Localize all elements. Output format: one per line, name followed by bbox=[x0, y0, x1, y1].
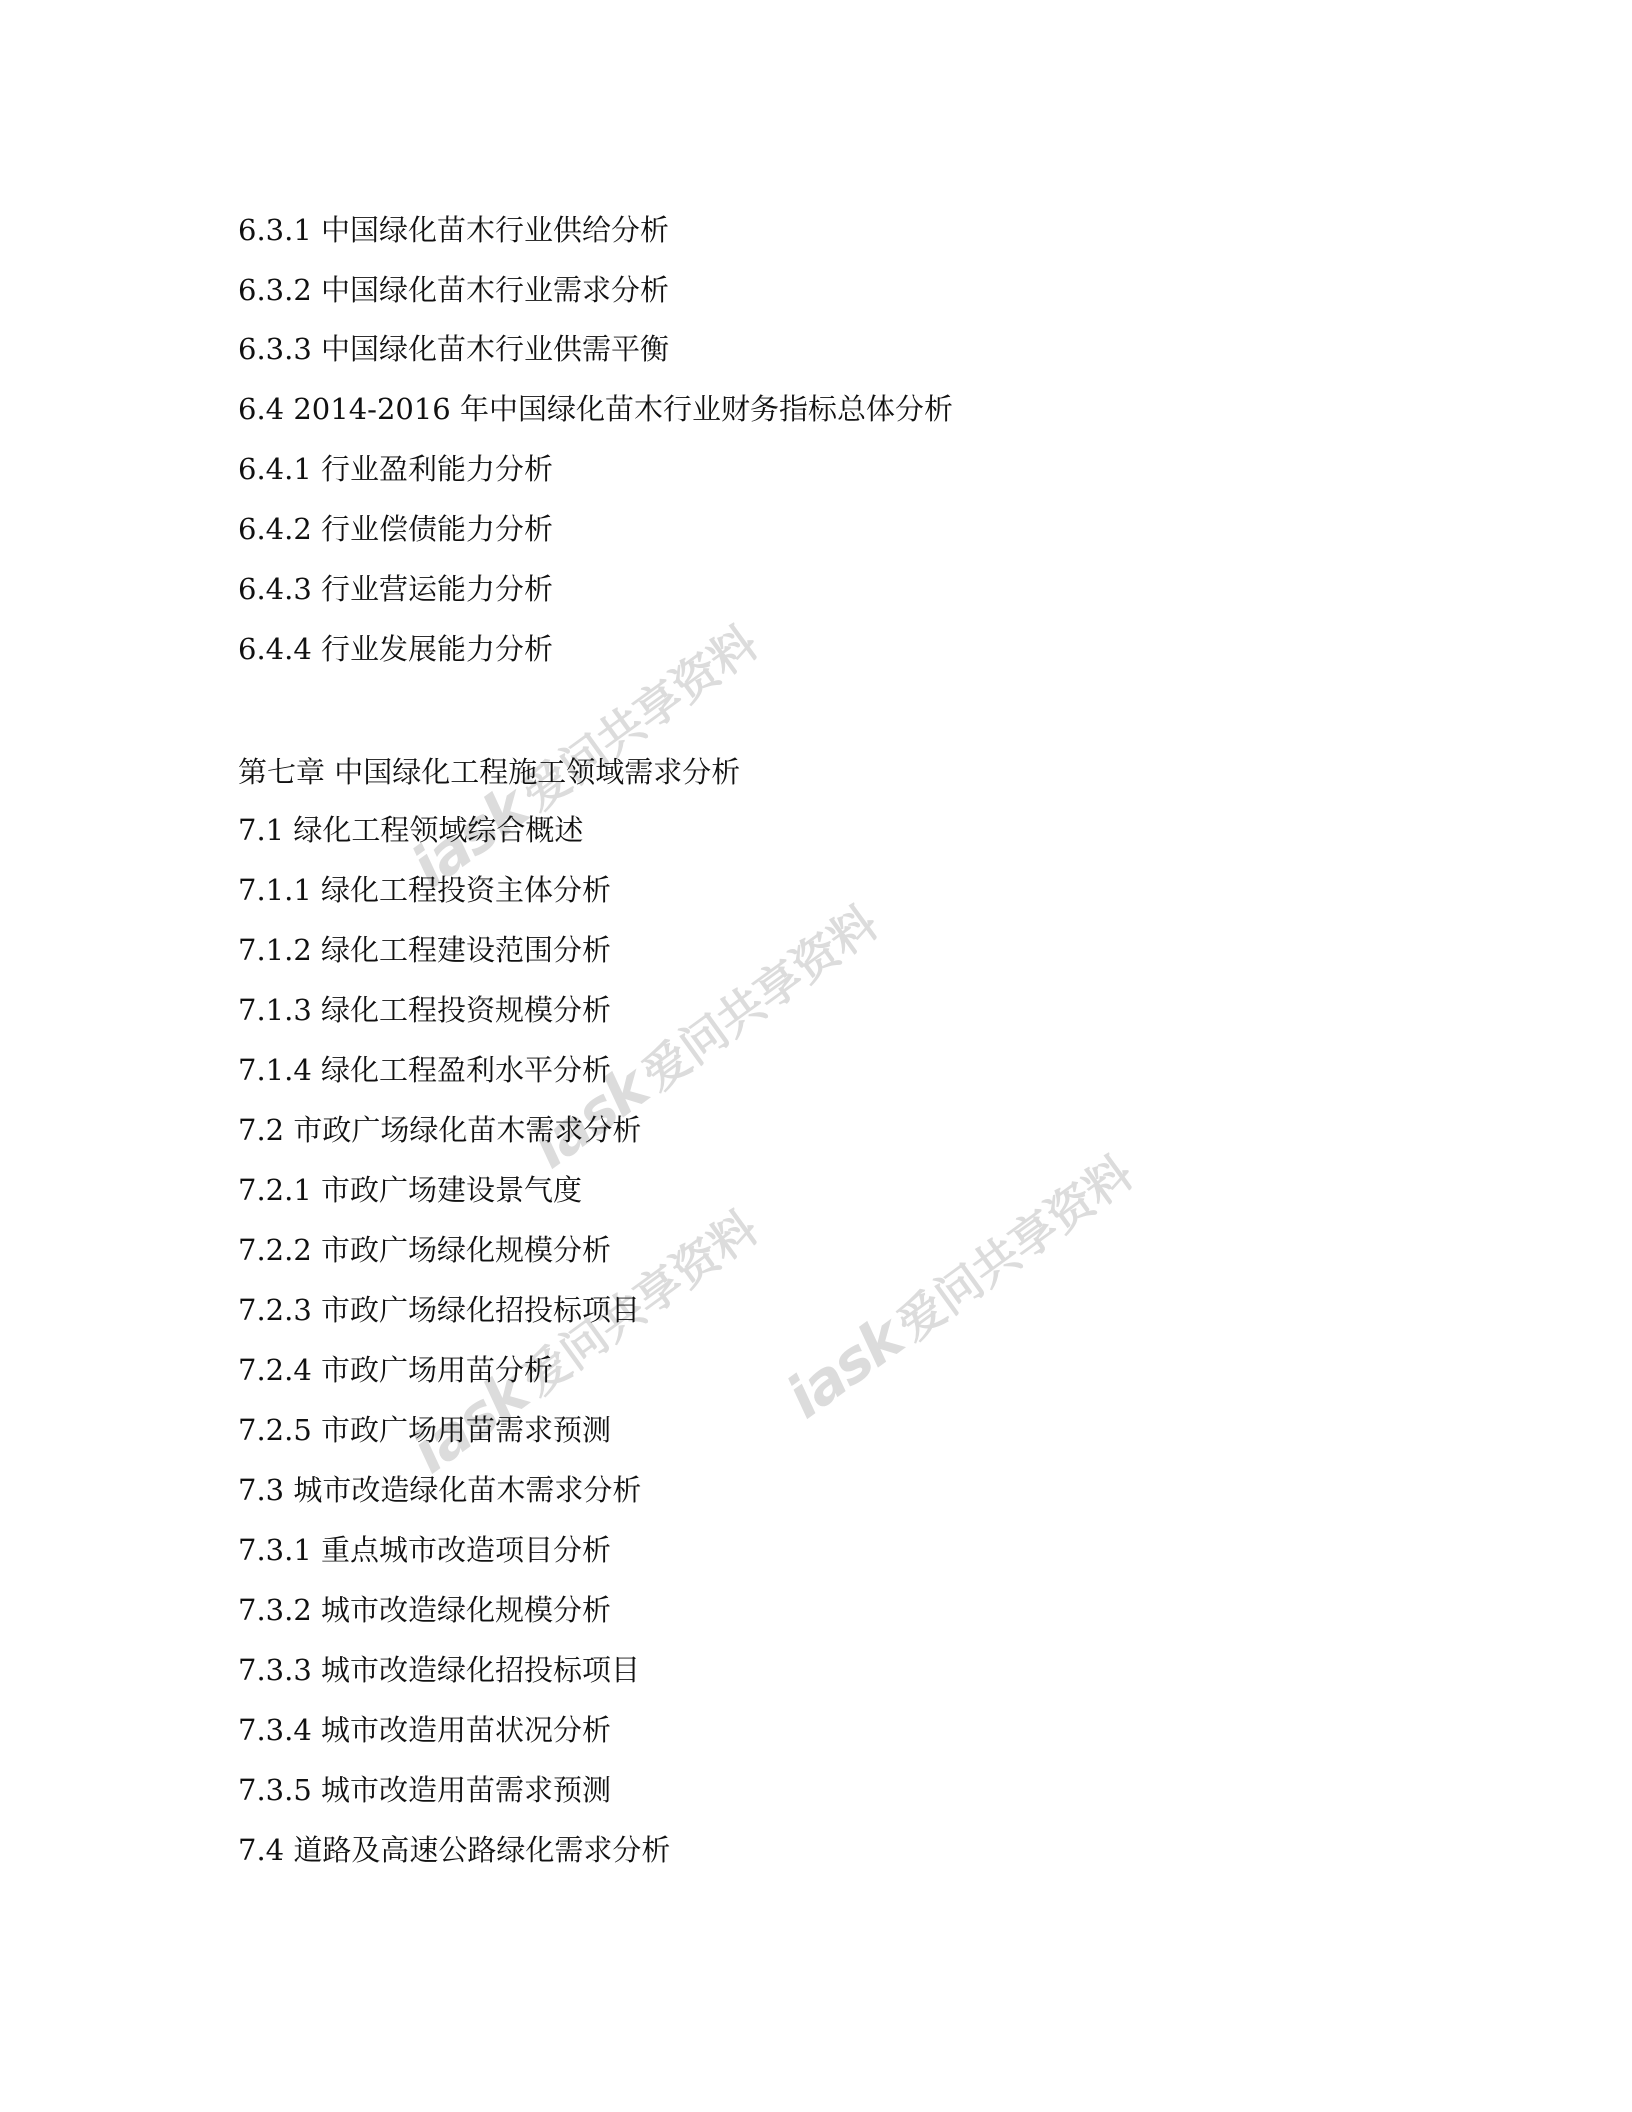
toc-entry: 7.2 市政广场绿化苗木需求分析 bbox=[238, 1112, 641, 1148]
toc-entry: 6.3.2 中国绿化苗木行业需求分析 bbox=[238, 272, 669, 308]
chapter-heading: 第七章 中国绿化工程施工领域需求分析 bbox=[238, 754, 740, 790]
toc-entry: 7.2.1 市政广场建设景气度 bbox=[238, 1172, 582, 1208]
toc-entry: 7.3.2 城市改造绿化规模分析 bbox=[238, 1592, 611, 1628]
toc-entry: 7.3.4 城市改造用苗状况分析 bbox=[238, 1712, 611, 1748]
toc-entry: 7.2.2 市政广场绿化规模分析 bbox=[238, 1232, 611, 1268]
toc-entry: 6.3.3 中国绿化苗木行业供需平衡 bbox=[238, 331, 669, 367]
toc-entry: 6.4.2 行业偿债能力分析 bbox=[238, 511, 553, 547]
toc-entry: 6.4.1 行业盈利能力分析 bbox=[238, 451, 553, 487]
toc-entry: 6.4 2014-2016 年中国绿化苗木行业财务指标总体分析 bbox=[238, 391, 953, 427]
toc-entry: 7.3.5 城市改造用苗需求预测 bbox=[238, 1772, 611, 1808]
toc-entry: 7.1 绿化工程领域综合概述 bbox=[238, 812, 583, 848]
toc-entry: 7.2.3 市政广场绿化招投标项目 bbox=[238, 1292, 640, 1328]
toc-entry: 6.4.4 行业发展能力分析 bbox=[238, 631, 553, 667]
toc-entry: 7.3 城市改造绿化苗木需求分析 bbox=[238, 1472, 641, 1508]
toc-entry: 7.1.3 绿化工程投资规模分析 bbox=[238, 992, 611, 1028]
iask-logo-icon: iask bbox=[774, 1303, 914, 1431]
watermark: iask爱问共享资料 bbox=[774, 1137, 1144, 1432]
toc-entry: 7.2.4 市政广场用苗分析 bbox=[238, 1352, 553, 1388]
toc-entry: 7.3.3 城市改造绿化招投标项目 bbox=[238, 1652, 640, 1688]
watermark-text: 爱问共享资料 bbox=[887, 1145, 1142, 1351]
toc-entry: 7.2.5 市政广场用苗需求预测 bbox=[238, 1412, 611, 1448]
toc-entry: 6.4.3 行业营运能力分析 bbox=[238, 571, 553, 607]
toc-entry: 7.1.1 绿化工程投资主体分析 bbox=[238, 872, 611, 908]
toc-entry: 7.4 道路及高速公路绿化需求分析 bbox=[238, 1832, 670, 1868]
toc-entry: 7.1.4 绿化工程盈利水平分析 bbox=[238, 1052, 611, 1088]
toc-entry: 7.3.1 重点城市改造项目分析 bbox=[238, 1532, 611, 1568]
watermark-text: 爱问共享资料 bbox=[632, 895, 887, 1101]
toc-entry: 7.1.2 绿化工程建设范围分析 bbox=[238, 932, 611, 968]
toc-entry: 6.3.1 中国绿化苗木行业供给分析 bbox=[238, 212, 669, 248]
